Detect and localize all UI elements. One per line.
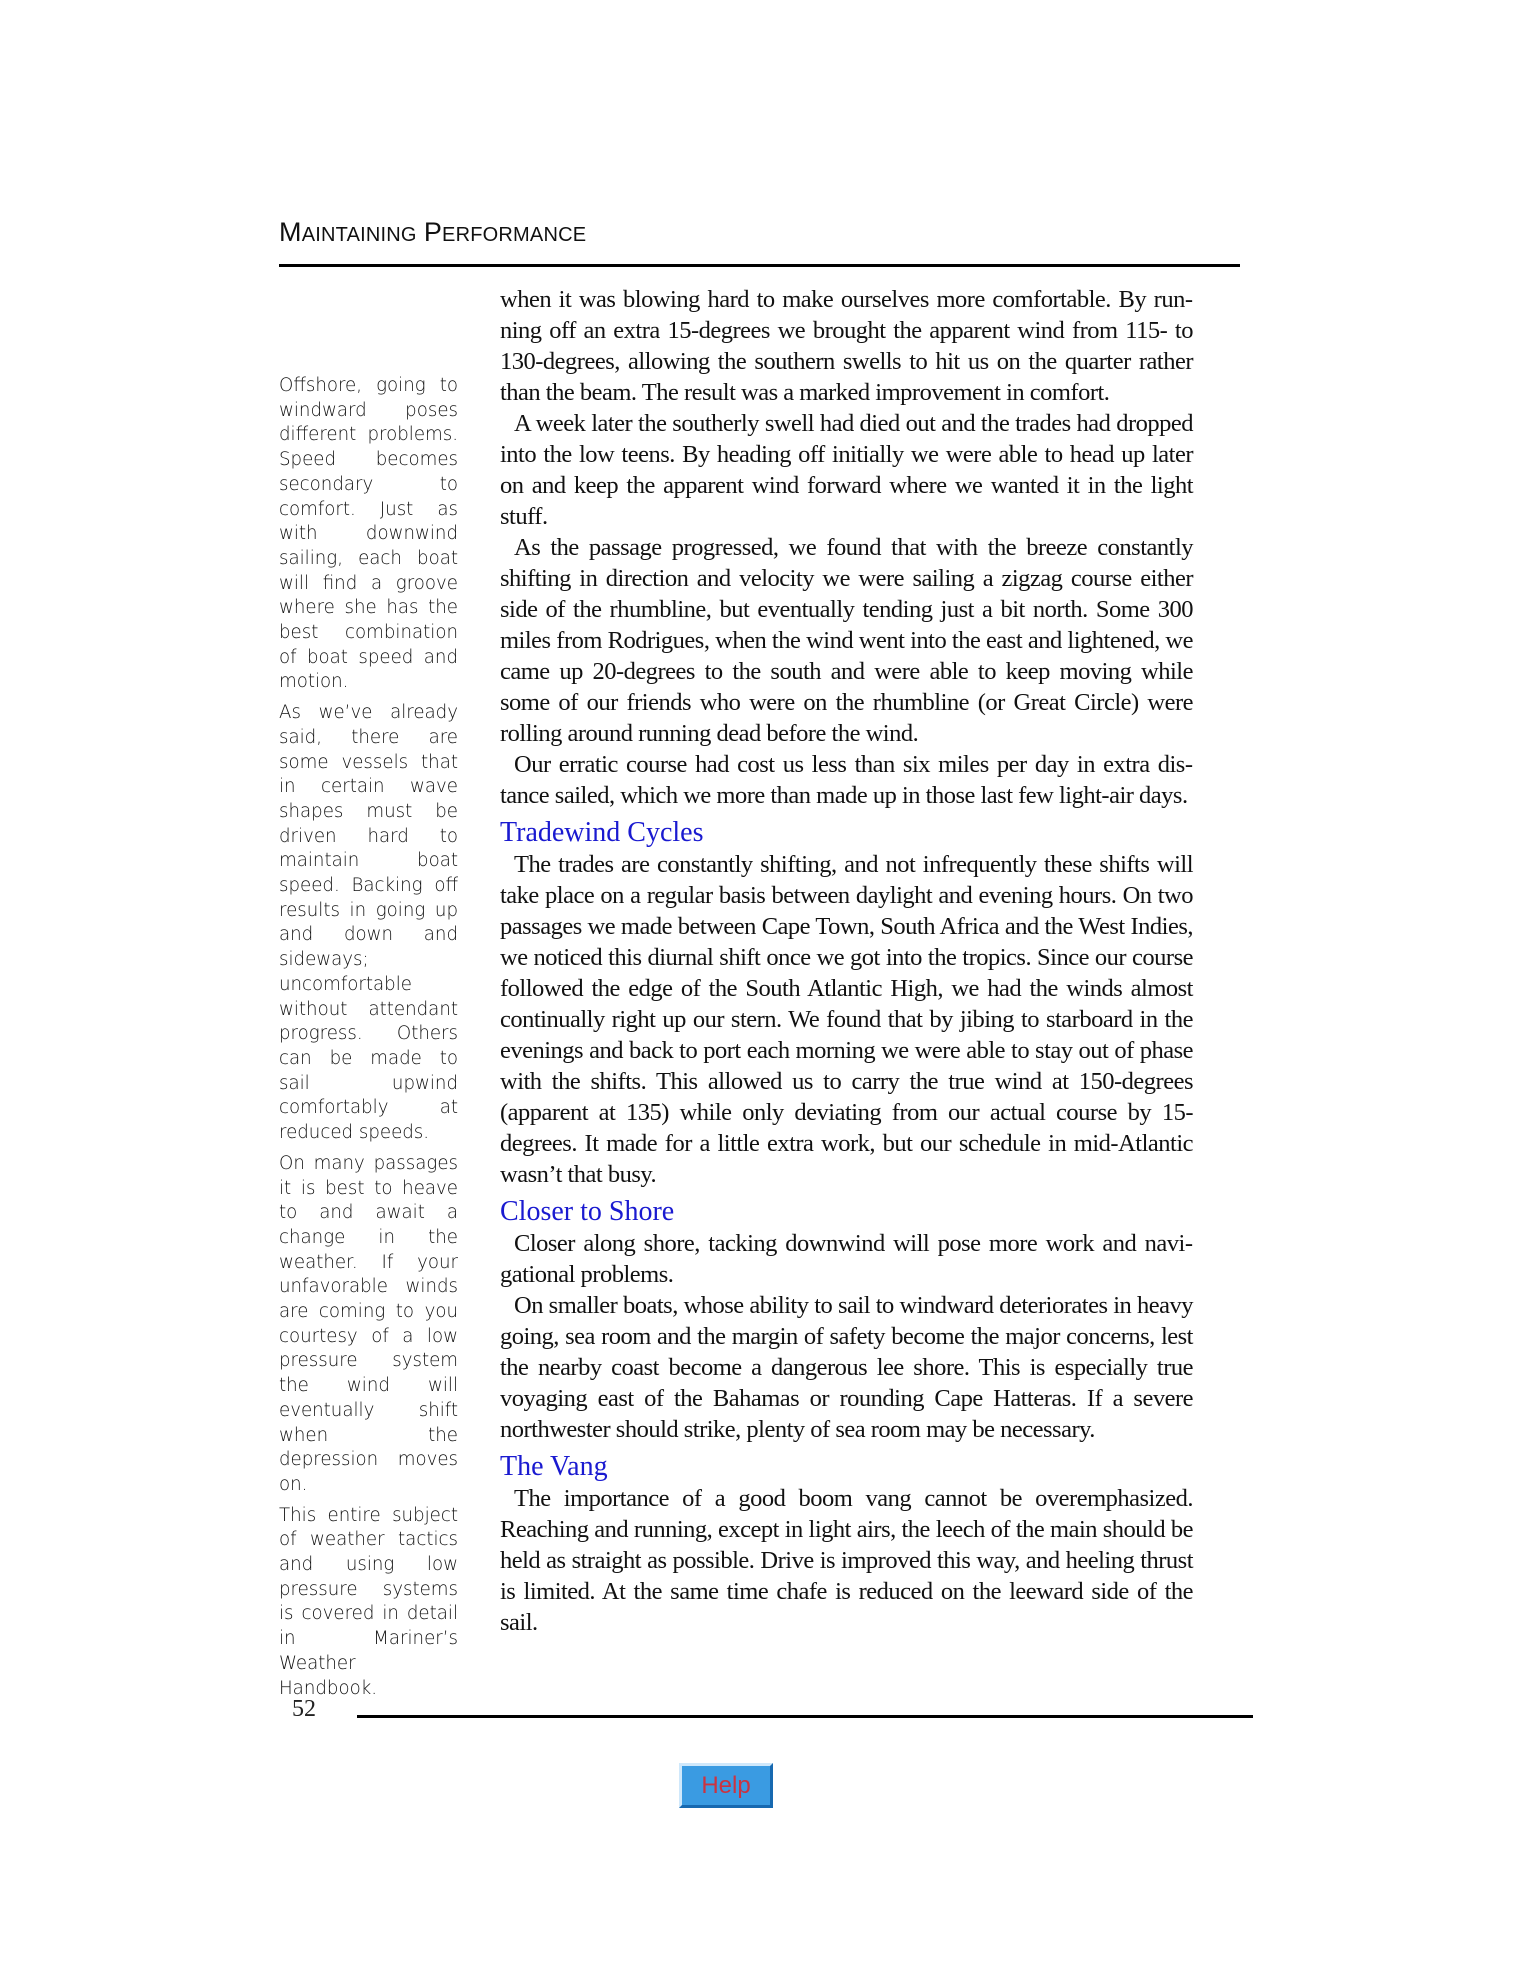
running-header-word-1: MAINTAINING	[279, 219, 417, 247]
main-text: when it was blowing hard to make ourselv…	[500, 284, 1193, 1638]
help-button[interactable]: Help	[679, 1763, 773, 1808]
header-rule	[279, 264, 1240, 267]
margin-note: Offshore, going to windward poses dif­fe…	[279, 374, 458, 695]
body-paragraph: when it was blowing hard to make ourselv…	[500, 284, 1193, 408]
body-paragraph: The importance of a good boom vang canno…	[500, 1483, 1193, 1638]
body-paragraph: As the passage progressed, we found that…	[500, 532, 1193, 749]
section-heading-the-vang: The Vang	[500, 1451, 1193, 1483]
page-number: 52	[292, 1696, 316, 1723]
body-paragraph: On smaller boats, whose ability to sail …	[500, 1290, 1193, 1445]
margin-note: This entire subject of weather tactics a…	[279, 1504, 458, 1702]
section-heading-tradewind-cycles: Tradewind Cycles	[500, 817, 1193, 849]
body-paragraph: The trades are constantly shifting, and …	[500, 849, 1193, 1190]
body-paragraph: Closer along shore, tacking downwind wil…	[500, 1228, 1193, 1290]
body-paragraph: A week later the southerly swell had die…	[500, 408, 1193, 532]
running-header-word-2: PERFORMANCE	[424, 219, 586, 247]
footer-rule	[357, 1715, 1253, 1718]
margin-note: As we’ve already said, there are some ve…	[279, 701, 458, 1146]
body-paragraph: Our erratic course had cost us less than…	[500, 749, 1193, 811]
running-header: MAINTAINING PERFORMANCE	[279, 217, 586, 248]
section-heading-closer-to-shore: Closer to Shore	[500, 1196, 1193, 1228]
margin-notes: Offshore, going to windward poses dif­fe…	[279, 374, 458, 1707]
margin-note: On many passages it is best to heave to …	[279, 1152, 458, 1498]
